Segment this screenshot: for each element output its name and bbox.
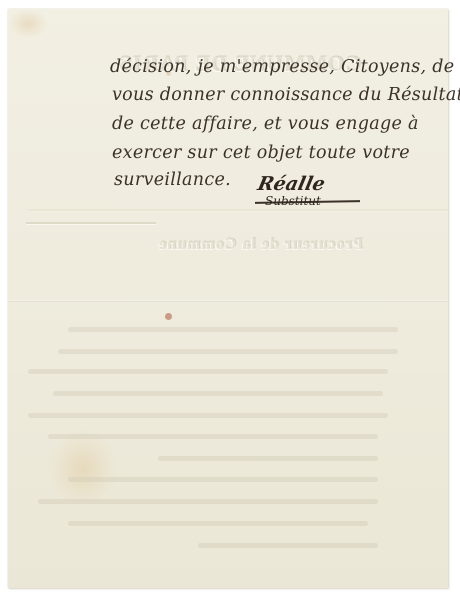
foxing-stain xyxy=(48,429,118,509)
bleed-through-line xyxy=(158,456,378,461)
handwritten-line: vous donner connoissance du Résultat xyxy=(112,85,460,105)
bleed-through-line xyxy=(198,543,378,548)
bleed-through-line xyxy=(68,327,398,332)
handwritten-line: surveillance. xyxy=(114,170,231,190)
bleed-through-line xyxy=(38,499,378,504)
bleed-through-line xyxy=(68,521,368,526)
embossed-office-title: Procureur de la Commune xyxy=(158,236,363,254)
bleed-through-line xyxy=(58,349,398,354)
bleed-through-line xyxy=(48,434,378,439)
embossed-rule xyxy=(26,222,156,224)
bleed-through-line xyxy=(28,369,388,374)
fold-crease xyxy=(8,300,448,302)
handwritten-line: de cette affaire, et vous engage à xyxy=(112,114,419,134)
bleed-through-line xyxy=(68,477,378,482)
signature-title: Substitut xyxy=(265,194,321,208)
signature: Réalle xyxy=(256,173,327,195)
bleed-through-line xyxy=(28,413,388,418)
handwritten-line: décision, je m'empresse, Citoyens, de xyxy=(110,57,454,77)
foxing-stain xyxy=(8,9,48,39)
bleed-through-line xyxy=(53,391,383,396)
handwritten-line: exercer sur cet objet toute votre xyxy=(112,143,410,163)
foxing-stain xyxy=(165,313,172,320)
embossed-rule xyxy=(28,209,448,211)
